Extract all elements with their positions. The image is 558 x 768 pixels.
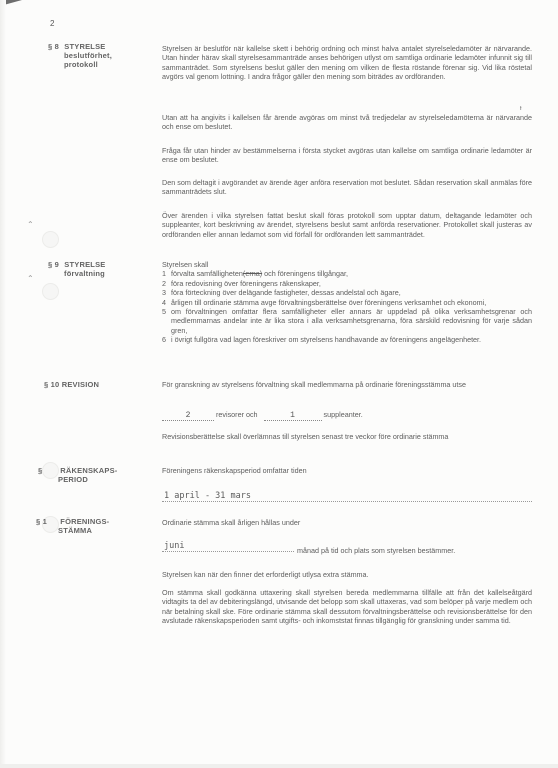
- section-11-paragraph: Föreningens räkenskapsperiod omfattar ti…: [162, 466, 532, 475]
- section-8-heading: § 8 STYRELSE beslutförhet, protokoll: [48, 42, 112, 69]
- list-item: 6i övrigt fullgöra vad lagen föreskriver…: [162, 335, 532, 344]
- section-title: FÖRENINGS-: [60, 517, 109, 526]
- duties-list: 1förvalta samfälligheten(erna) och fören…: [162, 269, 532, 344]
- section-12-paragraph: Om stämma skall godkänna uttaxering skal…: [162, 588, 532, 626]
- section-number: § 8: [48, 42, 62, 51]
- suppleanter-label: suppleanter.: [324, 410, 363, 419]
- section-8-paragraph: Över ärenden i vilka styrelsen fattat be…: [162, 211, 532, 239]
- document-page: 2 ⌃ ⌃ § 8 STYRELSE beslutförhet, protoko…: [0, 0, 558, 768]
- page-number: 2: [50, 19, 54, 28]
- meeting-month-field: juni: [162, 541, 294, 552]
- page-bottom-edge: [0, 764, 558, 768]
- revisorer-label: revisorer och: [216, 410, 258, 419]
- month-suffix: månad på tid och plats som styrelsen bes…: [297, 546, 537, 555]
- section-subtitle: protokoll: [48, 60, 112, 69]
- punch-hole: [42, 231, 59, 248]
- list-item: 3föra förteckning över delägande fastigh…: [162, 288, 532, 297]
- section-10-paragraph: För granskning av styrelsens förvaltning…: [162, 380, 532, 389]
- section-8-paragraph: Styrelsen är beslutför när kallelse sket…: [162, 44, 532, 82]
- pen-mark: ⌃: [27, 220, 34, 229]
- list-item: 2föra redovisning över föreningens räken…: [162, 279, 532, 288]
- section-12-paragraph: Styrelsen kan när den finner det erforde…: [162, 570, 532, 579]
- revisorer-count-field: 2: [162, 411, 214, 421]
- section-11-heading: § RÄKENSKAPS- PERIOD: [38, 466, 118, 484]
- section-title-line-2: PERIOD: [38, 475, 118, 484]
- section-subtitle: beslutförhet,: [48, 51, 112, 60]
- section-9-heading: § 9 STYRELSE förvaltning: [48, 260, 106, 278]
- page-left-edge: [0, 0, 6, 768]
- section-title: REVISION: [62, 380, 99, 389]
- section-10-paragraph: Revisionsberättelse skall överlämnas til…: [162, 432, 532, 441]
- accounting-period-field: 1 april - 31 mars: [162, 491, 532, 502]
- section-title: STYRELSE: [64, 260, 105, 269]
- section-12-heading: § 1 FÖRENINGS- STÄMMA: [36, 517, 109, 535]
- section-title: STYRELSE: [64, 42, 105, 51]
- section-subtitle: förvaltning: [48, 269, 106, 278]
- struck-text: (erna): [243, 269, 262, 278]
- section-9-body: Styrelsen skall 1förvalta samfälligheten…: [162, 260, 532, 345]
- list-item: 4årligen till ordinarie stämma avge förv…: [162, 298, 532, 307]
- section-title-line-2: STÄMMA: [36, 526, 109, 535]
- section-number: § 10: [44, 380, 59, 389]
- section-8-paragraph: Den som deltagit i avgörandet av ärende …: [162, 178, 532, 197]
- section-number: § 1: [36, 517, 58, 526]
- list-item: 5om förvaltningen omfattar flera samfäll…: [162, 307, 532, 335]
- section-8-paragraph: Fråga får utan hinder av bestämmelserna …: [162, 146, 532, 165]
- auditors-line: 2 revisorer och 1 suppleanter.: [162, 410, 532, 421]
- section-8-paragraph: Utan att ha angivits i kallelsen får äre…: [162, 113, 532, 132]
- punch-hole: [42, 283, 59, 300]
- section-10-heading: § 10 REVISION: [44, 380, 99, 389]
- section-9-intro: Styrelsen skall: [162, 260, 532, 269]
- section-number: §: [38, 466, 58, 475]
- stray-mark: ᵻ: [520, 105, 522, 112]
- section-number: § 9: [48, 260, 62, 269]
- pen-mark: ⌃: [27, 274, 34, 283]
- list-item: 1förvalta samfälligheten(erna) och fören…: [162, 269, 532, 278]
- suppleanter-count-field: 1: [264, 411, 322, 421]
- section-title: RÄKENSKAPS-: [60, 466, 117, 475]
- section-12-paragraph: Ordinarie stämma skall årligen hållas un…: [162, 518, 532, 527]
